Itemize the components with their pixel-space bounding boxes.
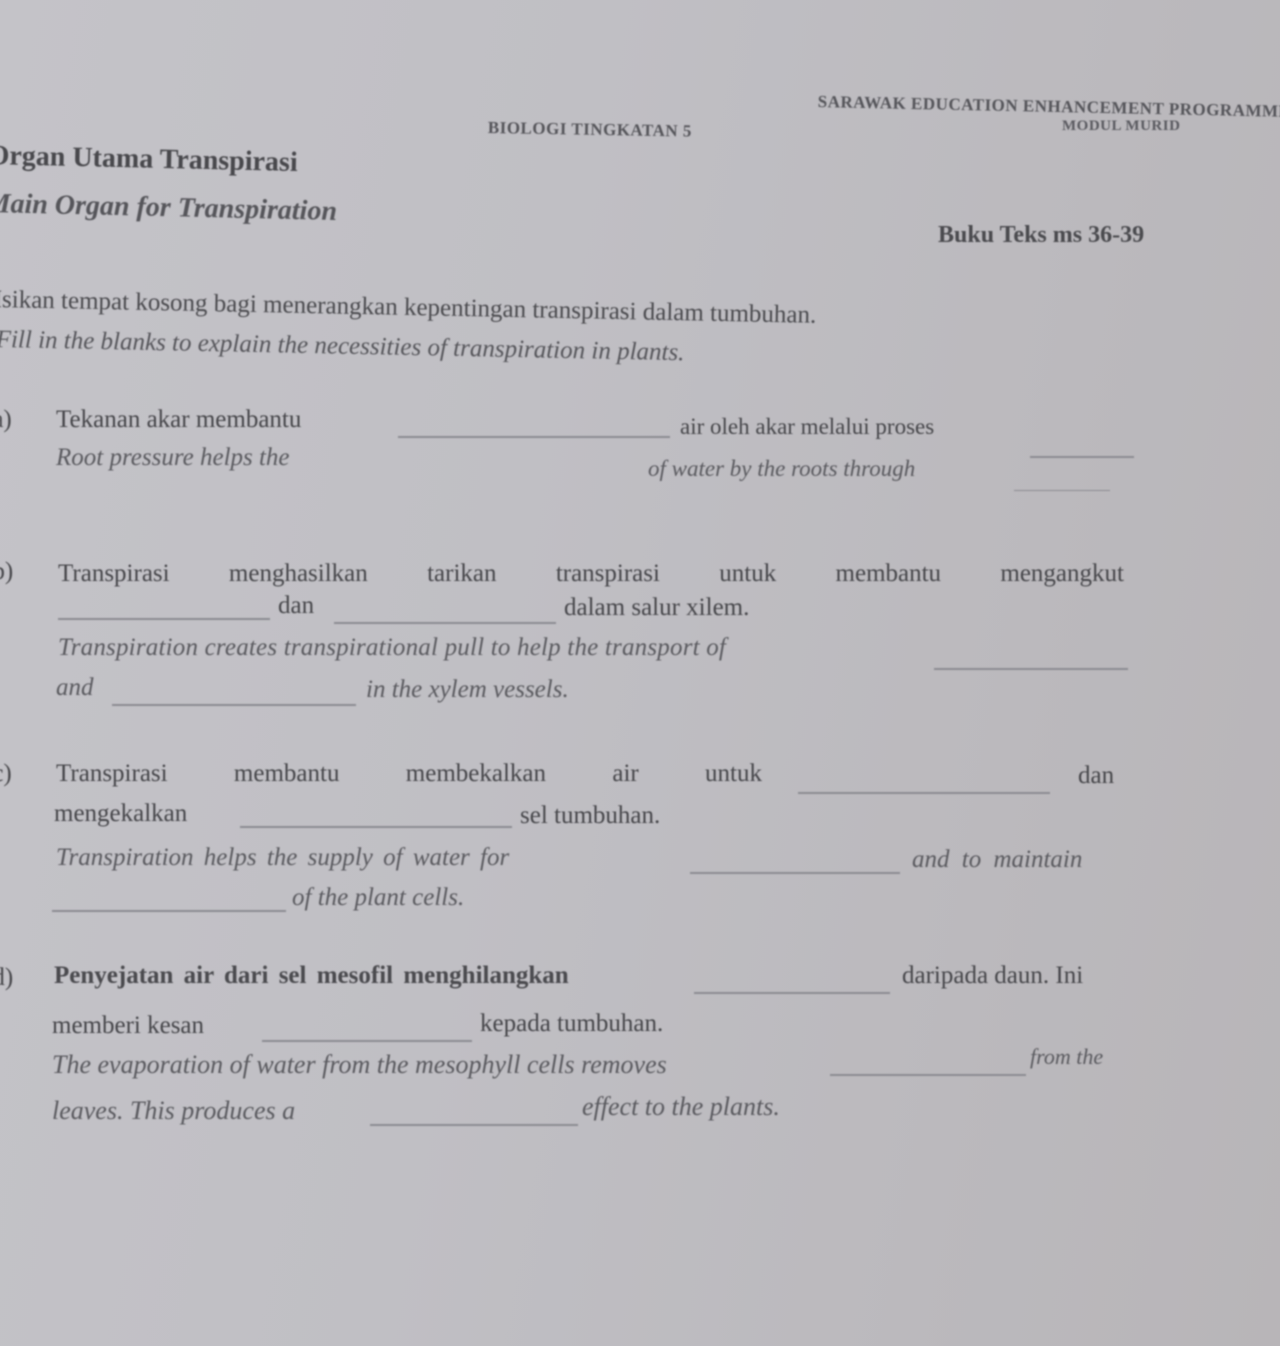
answer-blank-d2[interactable] bbox=[262, 1040, 472, 1042]
answer-blank-a1[interactable] bbox=[398, 436, 670, 438]
question-a-malay-part2: air oleh akar melalui proses bbox=[680, 414, 934, 440]
word: untuk bbox=[705, 760, 762, 788]
instruction-english: Fill in the blanks to explain the necess… bbox=[0, 326, 685, 367]
question-b-conj-malay: dan bbox=[278, 592, 314, 620]
word: membekalkan bbox=[406, 760, 546, 788]
answer-blank-d1[interactable] bbox=[694, 992, 890, 994]
word: air bbox=[612, 760, 638, 788]
worksheet-page: SARAWAK EDUCATION ENHANCEMENT PROGRAMME … bbox=[0, 0, 1280, 1346]
question-number: (b) bbox=[0, 558, 13, 586]
question-number: (a) bbox=[0, 406, 12, 434]
question-b-english-line1: Transpiration creates transpirational pu… bbox=[58, 634, 726, 662]
word: untuk bbox=[719, 560, 776, 588]
question-d-english-after-blank: from the bbox=[1030, 1044, 1103, 1070]
answer-blank-c1[interactable] bbox=[798, 792, 1050, 794]
question-d-malay-after-blank: daripada daun. Ini bbox=[902, 962, 1083, 990]
question-a-malay-part1: Tekanan akar membantu bbox=[56, 406, 301, 434]
word: Transpirasi bbox=[58, 560, 170, 588]
word: Transpirasi bbox=[56, 760, 168, 788]
question-c-malay-line1: Transpirasi membantu membekalkan air unt… bbox=[56, 760, 762, 788]
word: mengangkut bbox=[1000, 560, 1124, 588]
answer-blank-b2-en[interactable] bbox=[112, 704, 356, 706]
question-d-tail-english: effect to the plants. bbox=[582, 1092, 780, 1122]
subject-header: BIOLOGI TINGKATAN 5 bbox=[488, 118, 692, 142]
question-d-english-line2: leaves. This produces a bbox=[52, 1096, 295, 1126]
question-d-english-line1: The evaporation of water from the mesoph… bbox=[52, 1050, 667, 1080]
question-a-english-part1: Root pressure helps the bbox=[56, 444, 290, 472]
answer-blank-d1-en[interactable] bbox=[830, 1074, 1026, 1076]
module-label: MODUL MURID bbox=[1062, 118, 1180, 135]
question-b-conj-english: and bbox=[56, 674, 94, 702]
question-c-tail-english: of the plant cells. bbox=[292, 884, 464, 912]
answer-blank-c2-en[interactable] bbox=[52, 910, 286, 912]
answer-blank-a2[interactable] bbox=[1030, 456, 1134, 458]
question-number: (c) bbox=[0, 760, 12, 788]
answer-blank-d2-en[interactable] bbox=[370, 1124, 578, 1126]
question-d-malay-line2: memberi kesan bbox=[52, 1012, 204, 1040]
answer-blank-b2[interactable] bbox=[334, 622, 556, 624]
question-d-malay-line1: Penyejatan air dari sel mesofil menghila… bbox=[54, 962, 569, 990]
answer-blank-b1[interactable] bbox=[58, 618, 270, 620]
question-b-tail-english: in the xylem vessels. bbox=[366, 676, 569, 704]
question-number: (d) bbox=[0, 964, 13, 992]
question-c-english-line1: Transpiration helps the supply of water … bbox=[56, 844, 509, 872]
question-c-conj-english: and to maintain bbox=[912, 846, 1082, 874]
instruction-malay: Isikan tempat kosong bagi menerangkan ke… bbox=[0, 286, 817, 330]
question-c-tail-malay: sel tumbuhan. bbox=[520, 802, 660, 830]
word: tarikan bbox=[427, 560, 496, 588]
question-a-english-part2: of water by the roots through bbox=[648, 456, 915, 482]
word: transpirasi bbox=[556, 560, 660, 588]
question-b-tail-malay: dalam salur xilem. bbox=[564, 594, 749, 622]
textbook-reference: Buku Teks ms 36-39 bbox=[938, 222, 1144, 249]
question-c-conj-malay: dan bbox=[1078, 762, 1114, 790]
answer-blank-b1-en[interactable] bbox=[934, 668, 1128, 670]
section-title-malay: Organ Utama Transpirasi bbox=[0, 140, 298, 179]
question-c-malay-line2: mengekalkan bbox=[54, 800, 187, 828]
program-header: SARAWAK EDUCATION ENHANCEMENT PROGRAMME … bbox=[818, 92, 1280, 123]
question-b-malay-line1: Transpirasi menghasilkan tarikan transpi… bbox=[58, 560, 1124, 588]
word: membantu bbox=[234, 760, 340, 788]
answer-blank-a2-en[interactable] bbox=[1014, 490, 1110, 491]
answer-blank-c1-en[interactable] bbox=[690, 872, 900, 874]
question-d-tail-malay: kepada tumbuhan. bbox=[480, 1010, 663, 1038]
answer-blank-c2[interactable] bbox=[240, 826, 512, 828]
word: menghasilkan bbox=[229, 560, 368, 588]
word: membantu bbox=[836, 560, 942, 588]
section-title-english: Main Organ for Transpiration bbox=[0, 188, 337, 228]
